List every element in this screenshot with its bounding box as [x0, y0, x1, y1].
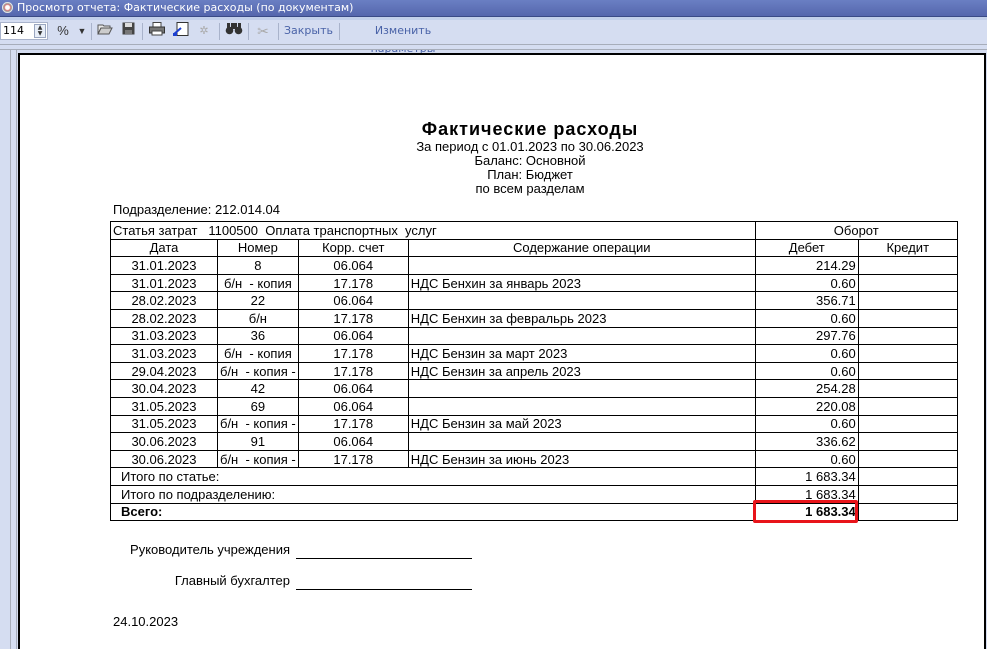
cell-date: 31.03.2023 — [111, 345, 218, 363]
cell-account: 06.064 — [298, 380, 408, 398]
cell-debit: 336.62 — [755, 433, 858, 451]
column-header-debit: Дебет — [755, 239, 858, 257]
cell-number: 36 — [218, 327, 299, 345]
cell-content: НДС Бензин за май 2023 — [408, 415, 755, 433]
turnover-header: Оборот — [755, 222, 957, 240]
cell-debit: 0.60 — [755, 345, 858, 363]
cell-content: НДС Бензин за июнь 2023 — [408, 450, 755, 468]
cell-debit: 297.76 — [755, 327, 858, 345]
cell-number: 8 — [218, 257, 299, 275]
cell-date: 28.02.2023 — [111, 292, 218, 310]
cell-number: 22 — [218, 292, 299, 310]
cell-credit — [858, 433, 957, 451]
cell-account: 17.178 — [298, 450, 408, 468]
cell-credit — [858, 415, 957, 433]
table-row: 31.03.2023б/н - копия17.178НДС Бензин за… — [111, 345, 958, 363]
cell-debit: 0.60 — [755, 415, 858, 433]
cell-date: 31.03.2023 — [111, 327, 218, 345]
cell-credit — [858, 362, 957, 380]
cell-credit — [858, 380, 957, 398]
cell-content — [408, 292, 755, 310]
cell-content: НДС Бензин за март 2023 — [408, 345, 755, 363]
cell-number: 91 — [218, 433, 299, 451]
report-title: Фактические расходы — [330, 119, 730, 140]
highlight-box — [753, 500, 858, 523]
cell-credit — [858, 257, 957, 275]
cost-item-row: Статья затрат 1100500 Оплата транспортны… — [111, 222, 958, 240]
cell-number: б/н - копия - — [218, 415, 299, 433]
cell-content: НДС Бензин за апрель 2023 — [408, 362, 755, 380]
column-header-date: Дата — [111, 239, 218, 257]
total-label: Итого по статье: — [111, 468, 756, 486]
column-header-account: Корр. счет — [298, 239, 408, 257]
table-row: 28.02.2023б/н17.178НДС Бенхин за февраль… — [111, 309, 958, 327]
signature-label-accountant: Главный бухгалтер — [110, 573, 290, 588]
total-row: Итого по статье:1 683.34 — [111, 468, 958, 486]
report-table: Статья затрат 1100500 Оплата транспортны… — [110, 221, 958, 521]
cell-credit — [858, 292, 957, 310]
table-row: 31.03.20233606.064297.76 — [111, 327, 958, 345]
cell-credit — [858, 345, 957, 363]
cell-debit: 356.71 — [755, 292, 858, 310]
cell-number: 69 — [218, 397, 299, 415]
cell-credit — [858, 450, 957, 468]
cell-credit — [858, 327, 957, 345]
cell-content — [408, 257, 755, 275]
column-header-row: Дата Номер Корр. счет Содержание операци… — [111, 239, 958, 257]
cell-debit: 0.60 — [755, 450, 858, 468]
cell-date: 31.05.2023 — [111, 397, 218, 415]
cell-content: НДС Бенхин за февральрь 2023 — [408, 309, 755, 327]
cell-date: 30.06.2023 — [111, 450, 218, 468]
cell-number: б/н - копия — [218, 345, 299, 363]
cell-content — [408, 327, 755, 345]
total-credit — [858, 468, 957, 486]
column-header-number: Номер — [218, 239, 299, 257]
report-sections: по всем разделам — [330, 182, 730, 196]
total-credit — [858, 503, 957, 521]
cell-date: 30.06.2023 — [111, 433, 218, 451]
cell-credit — [858, 309, 957, 327]
cell-content — [408, 380, 755, 398]
table-row: 31.01.2023б/н - копия17.178НДС Бенхин за… — [111, 274, 958, 292]
cell-account: 06.064 — [298, 433, 408, 451]
table-row: 30.06.20239106.064336.62 — [111, 433, 958, 451]
cell-debit: 0.60 — [755, 274, 858, 292]
signature-line-accountant — [296, 589, 472, 590]
cell-debit: 214.29 — [755, 257, 858, 275]
cell-number: б/н — [218, 309, 299, 327]
cell-account: 06.064 — [298, 327, 408, 345]
cell-debit: 0.60 — [755, 309, 858, 327]
table-row: 31.01.2023806.064214.29 — [111, 257, 958, 275]
cell-account: 06.064 — [298, 257, 408, 275]
cell-debit: 220.08 — [755, 397, 858, 415]
cell-date: 31.05.2023 — [111, 415, 218, 433]
cell-account: 17.178 — [298, 362, 408, 380]
cell-credit — [858, 274, 957, 292]
cell-account: 17.178 — [298, 415, 408, 433]
cell-number: б/н - копия — [218, 274, 299, 292]
report-document: Фактические расходы За период с 01.01.20… — [0, 0, 987, 649]
total-credit — [858, 485, 957, 503]
cost-item-label: Статья затрат 1100500 Оплата транспортны… — [111, 222, 756, 240]
total-label: Всего: — [111, 503, 756, 521]
table-row: 28.02.20232206.064356.71 — [111, 292, 958, 310]
cell-number: б/н - копия - — [218, 362, 299, 380]
report-date: 24.10.2023 — [113, 614, 178, 629]
table-row: 30.04.20234206.064254.28 — [111, 380, 958, 398]
cell-number: 42 — [218, 380, 299, 398]
cell-account: 17.178 — [298, 274, 408, 292]
report-plan: План: Бюджет — [330, 168, 730, 182]
signature-line-director — [296, 558, 472, 559]
table-row: 29.04.2023б/н - копия -17.178НДС Бензин … — [111, 362, 958, 380]
cell-account: 17.178 — [298, 345, 408, 363]
table-row: 31.05.20236906.064220.08 — [111, 397, 958, 415]
cell-date: 31.01.2023 — [111, 257, 218, 275]
cell-debit: 0.60 — [755, 362, 858, 380]
cell-account: 06.064 — [298, 397, 408, 415]
cell-date: 31.01.2023 — [111, 274, 218, 292]
total-label: Итого по подразделению: — [111, 485, 756, 503]
cell-account: 17.178 — [298, 309, 408, 327]
report-balance: Баланс: Основной — [330, 154, 730, 168]
cell-debit: 254.28 — [755, 380, 858, 398]
cell-credit — [858, 397, 957, 415]
table-row: 31.05.2023б/н - копия -17.178НДС Бензин … — [111, 415, 958, 433]
cell-date: 29.04.2023 — [111, 362, 218, 380]
cell-date: 30.04.2023 — [111, 380, 218, 398]
cell-content — [408, 433, 755, 451]
cell-account: 06.064 — [298, 292, 408, 310]
cell-date: 28.02.2023 — [111, 309, 218, 327]
table-row: 30.06.2023б/н - копия -17.178НДС Бензин … — [111, 450, 958, 468]
cell-content: НДС Бенхин за январь 2023 — [408, 274, 755, 292]
total-debit: 1 683.34 — [755, 468, 858, 486]
report-period: За период с 01.01.2023 по 30.06.2023 — [330, 140, 730, 154]
cell-content — [408, 397, 755, 415]
column-header-credit: Кредит — [858, 239, 957, 257]
cell-number: б/н - копия - — [218, 450, 299, 468]
department-label: Подразделение: 212.014.04 — [113, 202, 280, 217]
column-header-content: Содержание операции — [408, 239, 755, 257]
signature-label-director: Руководитель учреждения — [110, 542, 290, 557]
